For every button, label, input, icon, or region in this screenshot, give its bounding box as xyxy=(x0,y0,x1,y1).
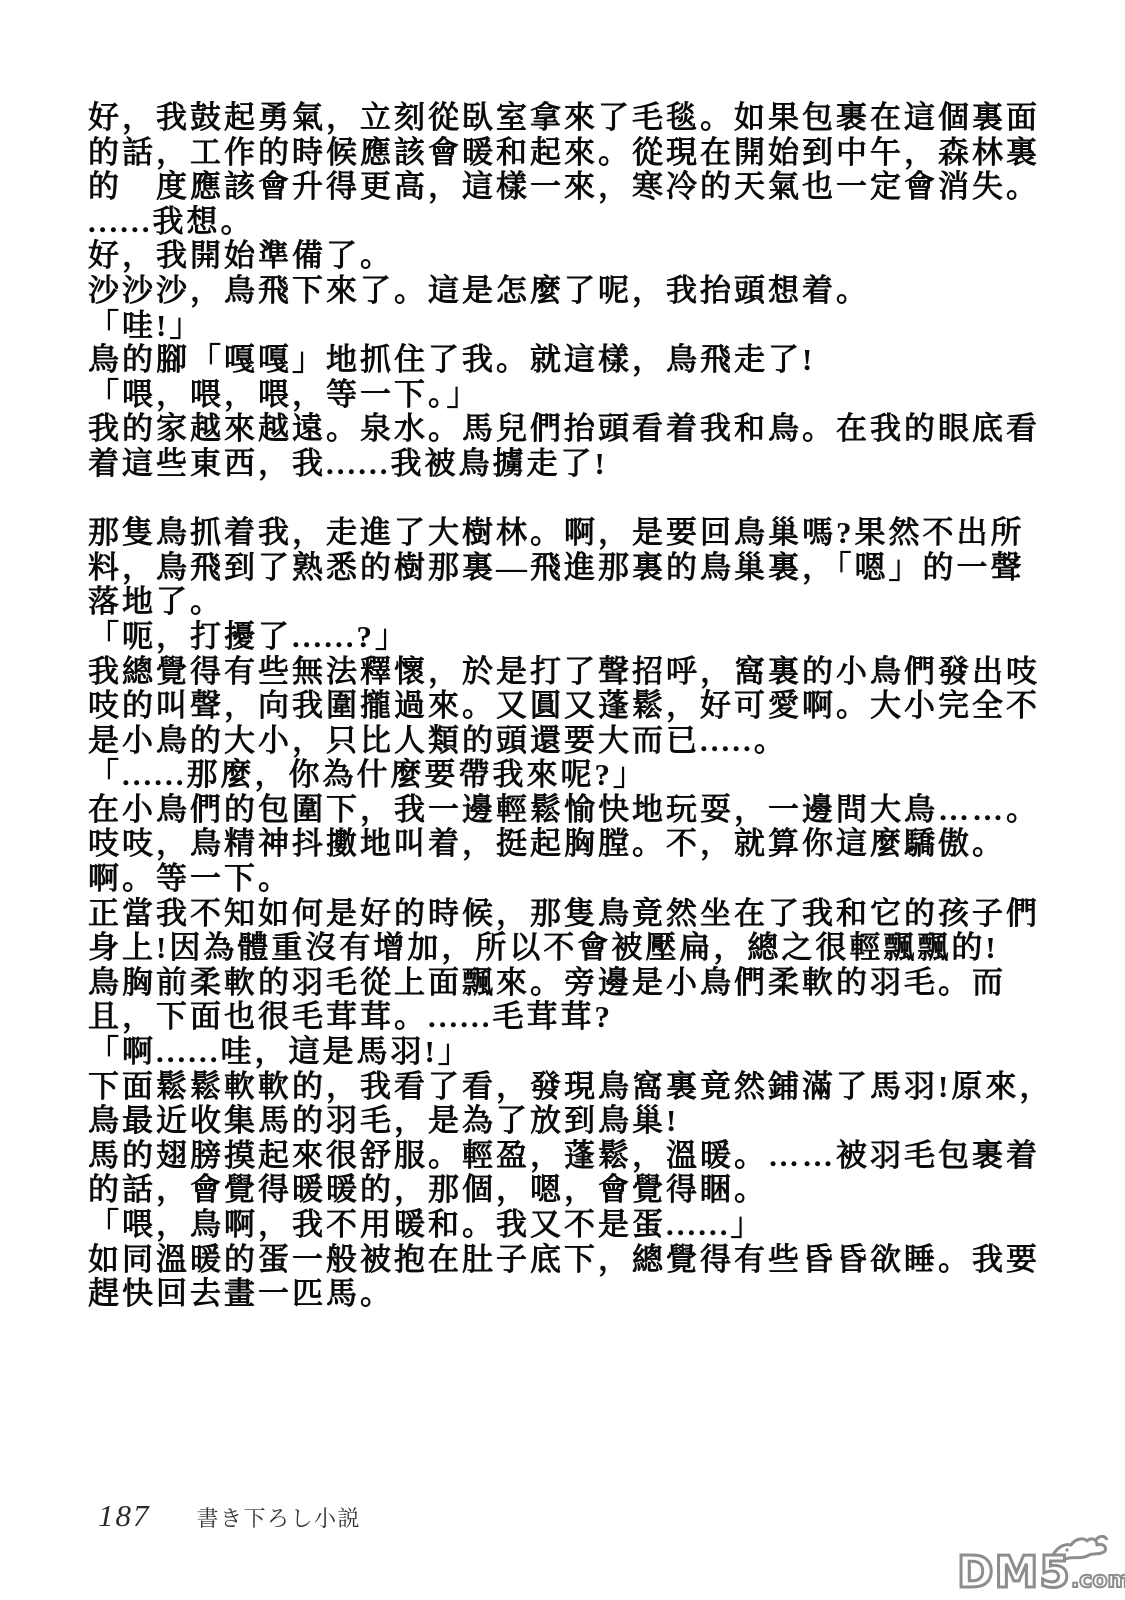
text-line: 「喂，鳥啊，我不用暖和。我又不是蛋......」 xyxy=(88,1208,1078,1243)
text-line: 落地了。 xyxy=(88,585,1078,620)
text-line: 鳥的腳「嘎嘎」地抓住了我。就這樣，鳥飛走了! xyxy=(88,343,1078,378)
text-line: 身上!因為體重沒有增加，所以不會被壓扁，總之很輕飄飄的! xyxy=(88,931,1078,966)
watermark-brand: DM5 xyxy=(957,1547,1071,1598)
text-line: 鳥最近收集馬的羽毛，是為了放到鳥巢! xyxy=(88,1104,1078,1139)
text-line: 吱的叫聲，向我圍攏過來。又圓又蓬鬆，好可愛啊。大小完全不 xyxy=(88,689,1078,724)
text-line: 的話，會覺得暖暖的，那個，嗯，會覺得睏。 xyxy=(88,1173,1078,1208)
text-line xyxy=(88,482,1078,517)
text-line: 正當我不知如何是好的時候，那隻鳥竟然坐在了我和它的孩子們 xyxy=(88,897,1078,932)
watermark-suffix: .com xyxy=(1071,1568,1125,1593)
text-line: 沙沙沙，鳥飛下來了。這是怎麼了呢，我抬頭想着。 xyxy=(88,274,1078,309)
text-line: 着這些東西，我......我被鳥擄走了! xyxy=(88,447,1078,482)
text-line: 吱吱，鳥精神抖擻地叫着，挺起胸膛。不，就算你這麼驕傲。 xyxy=(88,827,1078,862)
text-line: 料，鳥飛到了熟悉的樹那裏—飛進那裏的鳥巢裏，「嗯」的一聲 xyxy=(88,551,1078,586)
page-number: 187 xyxy=(98,1498,151,1534)
text-line: 「呃，打擾了......?」 xyxy=(88,620,1078,655)
text-line: 好，我鼓起勇氣，立刻從臥室拿來了毛毯。如果包裹在這個裏面 xyxy=(88,101,1078,136)
text-line: 的 度應該會升得更高，這樣一來，寒冷的天氣也一定會消失。 xyxy=(88,170,1078,205)
text-line: 在小鳥們的包圍下，我一邊輕鬆愉快地玩耍，一邊問大鳥……。 xyxy=(88,793,1078,828)
text-line: 下面鬆鬆軟軟的，我看了看，發現鳥窩裏竟然鋪滿了馬羽!原來， xyxy=(88,1070,1078,1105)
text-line: 的話，工作的時候應該會暖和起來。從現在開始到中午，森林裏 xyxy=(88,136,1078,171)
text-line: 趕快回去畫一匹馬。 xyxy=(88,1277,1078,1312)
page-footer: 187 書き下ろし小説 xyxy=(98,1498,361,1534)
text-line: 「啊......哇，這是馬羽!」 xyxy=(88,1035,1078,1070)
text-line: 是小鳥的大小，只比人類的頭還要大而已.....。 xyxy=(88,724,1078,759)
text-line: 馬的翅膀摸起來很舒服。輕盈，蓬鬆，溫暖。……被羽毛包裹着 xyxy=(88,1139,1078,1174)
text-line: 那隻鳥抓着我，走進了大樹林。啊，是要回鳥巢嗎?果然不出所 xyxy=(88,516,1078,551)
watermark-text: DM5.com xyxy=(957,1547,1125,1598)
text-line: 鳥胸前柔軟的羽毛從上面飄來。旁邊是小鳥們柔軟的羽毛。而 xyxy=(88,966,1078,1001)
section-title: 書き下ろし小説 xyxy=(197,1502,362,1533)
text-line: 「......那麼，你為什麼要帶我來呢?」 xyxy=(88,758,1078,793)
text-line: 我總覺得有些無法釋懷，於是打了聲招呼，窩裏的小鳥們發出吱 xyxy=(88,655,1078,690)
text-line: 如同溫暖的蛋一般被抱在肚子底下，總覺得有些昏昏欲睡。我要 xyxy=(88,1243,1078,1278)
novel-text-block: 好，我鼓起勇氣，立刻從臥室拿來了毛毯。如果包裹在這個裏面的話，工作的時候應該會暖… xyxy=(88,101,1078,1312)
text-line: ......我想。 xyxy=(88,205,1078,240)
dm5-watermark: DM5.com xyxy=(957,1543,1117,1598)
text-line: 好，我開始準備了。 xyxy=(88,239,1078,274)
text-line: 我的家越來越遠。泉水。馬兒們抬頭看着我和鳥。在我的眼底看 xyxy=(88,412,1078,447)
text-line: 「喂，喂，喂，等一下。」 xyxy=(88,378,1078,413)
text-line: 且，下面也很毛茸茸。......毛茸茸? xyxy=(88,1000,1078,1035)
text-line: 啊。等一下。 xyxy=(88,862,1078,897)
text-line: 「哇!」 xyxy=(88,309,1078,344)
